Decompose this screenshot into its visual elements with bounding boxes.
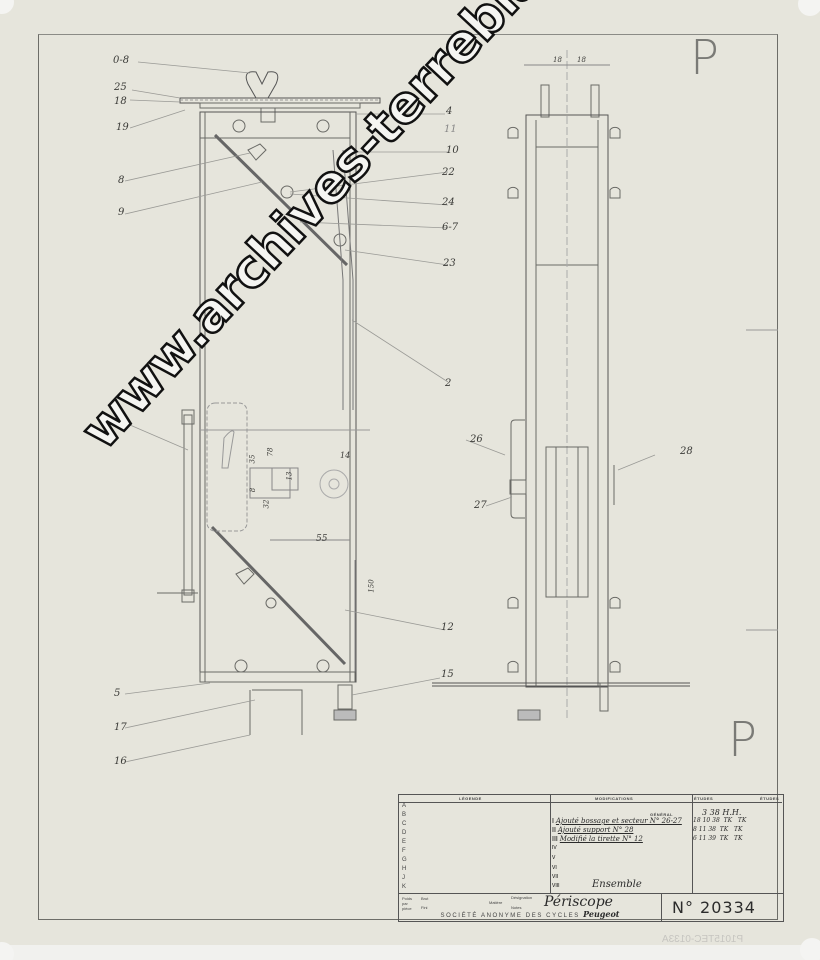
part-label: 9 (118, 207, 124, 218)
dimension-label: 35 (248, 455, 256, 464)
modification-row: V (552, 855, 555, 861)
part-label: 11 (444, 124, 457, 135)
part-label: 18 (114, 96, 127, 107)
part-label: 0-8 (113, 55, 129, 66)
part-label: 2 (445, 378, 451, 389)
designation-label: Désignation (511, 895, 532, 900)
part-label: 17 (114, 722, 127, 733)
modifications-panel: MODIFICATIONS GÉNÉRAL I Ajouté bossage e… (550, 795, 693, 893)
modifications-header: MODIFICATIONS (595, 796, 633, 801)
dimension-label: 78 (266, 448, 274, 457)
front-view (125, 62, 448, 762)
part-label: 5 (114, 688, 120, 699)
dates-panel: ÉTUDES ÉTUDES 3 38 H.H. 18 10 38 TK TK 8… (692, 795, 782, 893)
archive-stamp: P1015TEC-0133A (662, 934, 743, 945)
part-label: 26 (470, 434, 483, 445)
general-date: 3 38 H.H. (702, 808, 741, 817)
dimension-label: 13 (285, 472, 293, 481)
part-label: 19 (116, 122, 129, 133)
part-label: 27 (474, 500, 487, 511)
material-label: Matière (489, 900, 502, 905)
part-label: 16 (114, 756, 127, 767)
dimension-label: 55 (316, 534, 327, 544)
dimension-label: 32 (262, 500, 270, 509)
drawing-title: Périscope (544, 894, 613, 910)
weight-brut: Brut (421, 896, 428, 901)
part-label: 23 (443, 258, 456, 269)
modification-row: IV (552, 845, 557, 851)
part-label: 4 (446, 106, 452, 117)
modification-row: VI (552, 865, 557, 871)
part-label: 10 (446, 145, 459, 156)
date-row: 18 10 38 TK TK (693, 817, 746, 824)
dimension-label: 150 (368, 579, 376, 592)
part-label: 25 (114, 82, 127, 93)
side-view (432, 50, 690, 720)
legend-panel: LÉGENDE A B C D E F G H J K (399, 795, 551, 893)
company-name: SOCIÉTÉ ANONYME DES CYCLES Peugeot (399, 909, 661, 919)
dimension-label: 8 (249, 488, 257, 492)
part-label: 28 (680, 446, 693, 457)
part-label: 22 (442, 167, 455, 178)
part-label: 24 (442, 197, 455, 208)
modification-row: I Ajouté bossage et secteur N° 26-27 (552, 817, 682, 825)
corner-mark: P (728, 712, 757, 768)
drawing-number-box: N° 20334 (661, 893, 784, 921)
title-block: LÉGENDE A B C D E F G H J K MODIFICATION… (398, 794, 784, 922)
modification-row: VII (552, 874, 558, 880)
dimension-label: 18 (577, 56, 586, 64)
assembly-label: Ensemble (592, 879, 642, 890)
corner-mark: P (690, 30, 719, 86)
date-row: 8 11 38 TK TK (693, 826, 742, 833)
part-label: 15 (441, 669, 454, 680)
dates-header: ÉTUDES (694, 796, 713, 801)
drawing-number: N° 20334 (672, 898, 756, 917)
date-row: 6 11 39 TK TK (693, 835, 742, 842)
part-label: 6-7 (442, 222, 458, 233)
part-label: 12 (441, 622, 454, 633)
modification-row: VIII (552, 883, 560, 889)
legend-header: LÉGENDE (459, 796, 482, 801)
approval-header: ÉTUDES (760, 796, 779, 801)
modification-row: II Ajouté support N° 28 (552, 826, 633, 834)
modification-row: III Modifié la tirette N° 12 (552, 835, 643, 843)
dimension-label: 14 (340, 451, 350, 460)
dimension-label: 18 (553, 56, 562, 64)
part-label: 8 (118, 175, 124, 186)
